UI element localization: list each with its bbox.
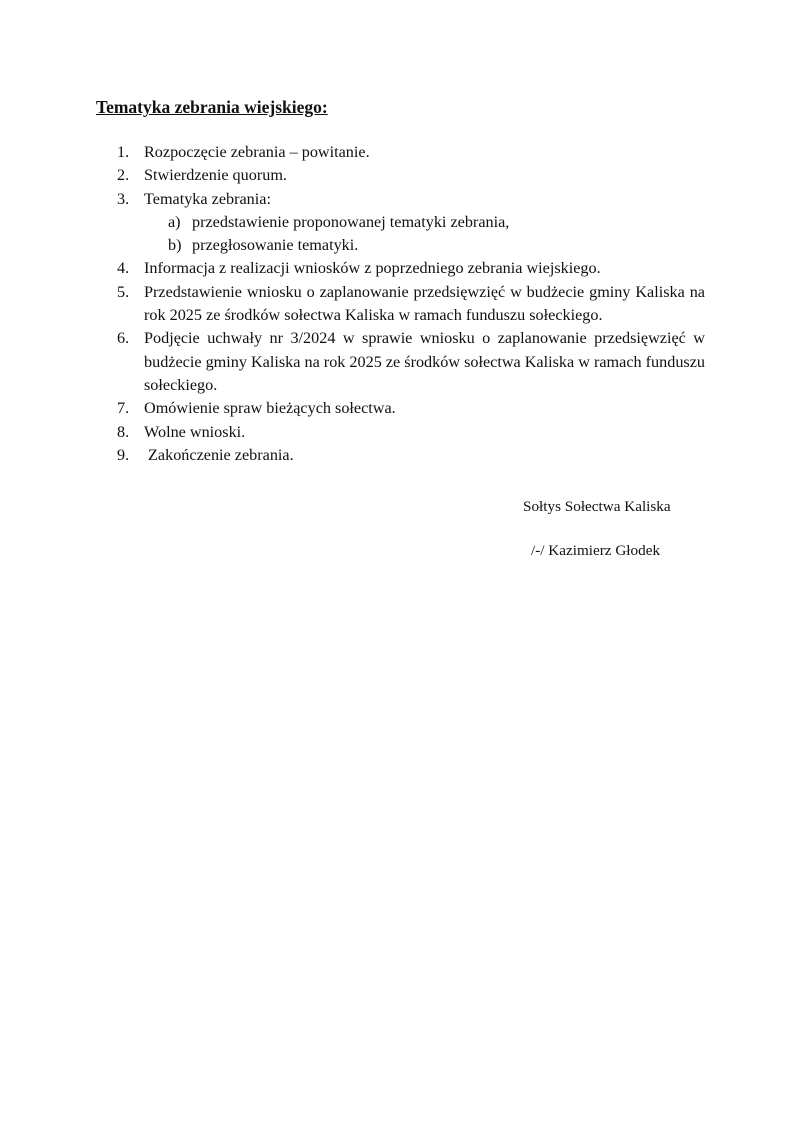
item-number: 2. <box>117 164 129 187</box>
item-text: Rozpoczęcie zebrania – powitanie. <box>144 143 370 161</box>
agenda-item-2: 2. Stwierdzenie quorum. <box>117 164 705 187</box>
agenda-item-7: 7. Omówienie spraw bieżących sołectwa. <box>117 397 705 420</box>
agenda-item-6: 6. Podjęcie uchwały nr 3/2024 w sprawie … <box>117 327 705 397</box>
item-text: Omówienie spraw bieżących sołectwa. <box>144 399 396 417</box>
agenda-item-4: 4. Informacja z realizacji wniosków z po… <box>117 257 705 280</box>
item-text: Zakończenie zebrania. <box>144 446 294 464</box>
item-text: Podjęcie uchwały nr 3/2024 w sprawie wni… <box>144 329 705 394</box>
item-text: Informacja z realizacji wniosków z poprz… <box>144 259 601 277</box>
item-number: 3. <box>117 188 129 211</box>
agenda-item-1: 1. Rozpoczęcie zebrania – powitanie. <box>117 141 705 164</box>
agenda-item-3: 3. Tematyka zebrania: a) przedstawienie … <box>117 188 705 258</box>
item-text: Tematyka zebrania: <box>144 190 271 208</box>
item-text: Wolne wnioski. <box>144 423 245 441</box>
agenda-subitem-a: a) przedstawienie proponowanej tematyki … <box>168 211 705 234</box>
item-number: 5. <box>117 281 129 304</box>
item-number: 4. <box>117 257 129 280</box>
subitem-letter: b) <box>168 234 181 257</box>
item-number: 8. <box>117 421 129 444</box>
agenda-item-5: 5. Przedstawienie wniosku o zaplanowanie… <box>117 281 705 328</box>
item-number: 1. <box>117 141 129 164</box>
agenda-sublist: a) przedstawienie proponowanej tematyki … <box>144 211 705 258</box>
item-number: 7. <box>117 397 129 420</box>
subitem-text: przegłosowanie tematyki. <box>192 236 358 254</box>
agenda-list: 1. Rozpoczęcie zebrania – powitanie. 2. … <box>117 141 705 467</box>
agenda-item-8: 8. Wolne wnioski. <box>117 421 705 444</box>
agenda-subitem-b: b) przegłosowanie tematyki. <box>168 234 705 257</box>
subitem-text: przedstawienie proponowanej tematyki zeb… <box>192 213 509 231</box>
signature-name: /-/ Kazimierz Głodek <box>531 542 660 560</box>
document-title: Tematyka zebrania wiejskiego: <box>96 97 328 118</box>
item-number: 9. <box>117 444 129 467</box>
subitem-letter: a) <box>168 211 181 234</box>
item-number: 6. <box>117 327 129 350</box>
agenda-item-9: 9. Zakończenie zebrania. <box>117 444 705 467</box>
item-text: Stwierdzenie quorum. <box>144 166 287 184</box>
item-text: Przedstawienie wniosku o zaplanowanie pr… <box>144 283 705 324</box>
signature-role: Sołtys Sołectwa Kaliska <box>523 498 671 516</box>
